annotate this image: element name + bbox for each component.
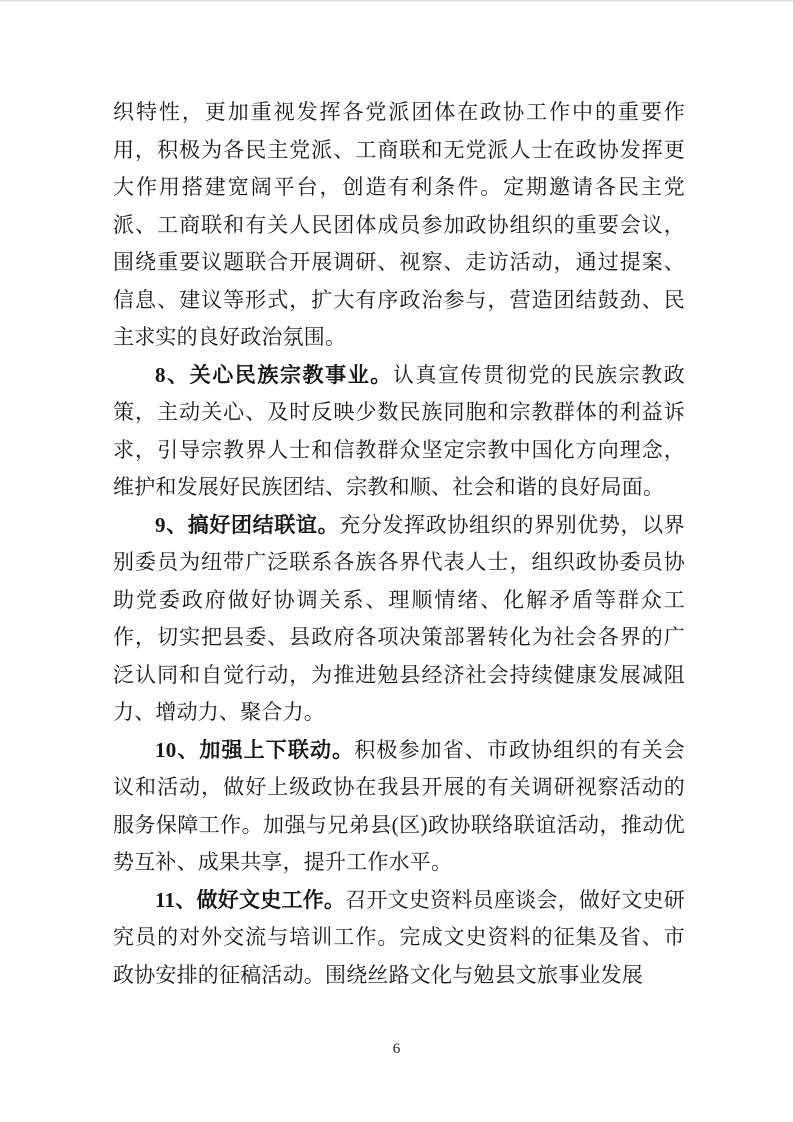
paragraph-section-11: 11、做好文史工作。召开文史资料员座谈会，做好文史研究员的对外交流与培训工作。完… xyxy=(113,882,685,995)
paragraph-section-9: 9、搞好团结联谊。充分发挥政协组织的界别优势，以界别委员为纽带广泛联系各族各界代… xyxy=(113,507,685,732)
section-11-heading: 11、做好文史工作。 xyxy=(155,888,345,912)
section-10-heading: 10、加强上下联动。 xyxy=(155,738,354,762)
section-8-heading: 8、关心民族宗教事业。 xyxy=(155,363,393,387)
paragraph-text: 织特性，更加重视发挥各党派团体在政协工作中的重要作用，积极为各民主党派、工商联和… xyxy=(113,100,685,349)
page-number: 6 xyxy=(0,1040,793,1058)
document-page: 织特性，更加重视发挥各党派团体在政协工作中的重要作用，积极为各民主党派、工商联和… xyxy=(0,0,793,1122)
paragraph-section-8: 8、关心民族宗教事业。认真宣传贯彻党的民族宗教政策，主动关心、及时反映少数民族同… xyxy=(113,357,685,507)
scan-edge-line xyxy=(0,0,793,1)
document-body: 织特性，更加重视发挥各党派团体在政协工作中的重要作用，积极为各民主党派、工商联和… xyxy=(113,94,685,994)
paragraph-continuation: 织特性，更加重视发挥各党派团体在政协工作中的重要作用，积极为各民主党派、工商联和… xyxy=(113,94,685,357)
paragraph-text: 充分发挥政协组织的界别优势，以界别委员为纽带广泛联系各族各界代表人士，组织政协委… xyxy=(113,513,685,725)
section-9-heading: 9、搞好团结联谊。 xyxy=(155,513,339,537)
paragraph-section-10: 10、加强上下联动。积极参加省、市政协组织的有关会议和活动，做好上级政协在我县开… xyxy=(113,732,685,882)
